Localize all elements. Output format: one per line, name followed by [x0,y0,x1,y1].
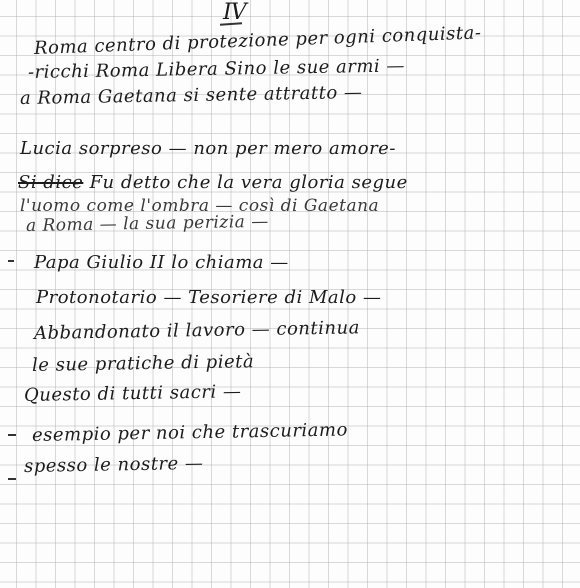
manuscript-line-10: Abbandonato il lavoro — continua [34,317,360,344]
margin-tick [8,260,14,262]
manuscript-line-14: spesso le nostre — [24,453,204,477]
line-text: Fu detto che la vera gloria segue [90,172,408,193]
margin-tick [8,434,16,436]
manuscript-line-4: Lucia sorpreso — non per mero amore- [20,138,396,159]
manuscript-line-2: -ricchi Roma Libera Sino le sue armi — [28,55,405,83]
line-text: Papa Giulio II lo chiama — [34,252,289,273]
line-text: Abbandonato il lavoro — continua [34,317,360,344]
manuscript-line-3: a Roma Gaetana si sente attratto — [20,82,363,109]
line-text: -ricchi Roma Libera Sino le sue armi — [28,55,405,83]
line-text: a Roma — la sua perizia — [26,212,269,236]
line-text: Roma centro di protezione per ogni conqu… [34,22,482,59]
manuscript-line-8: Papa Giulio II lo chiama — [34,252,289,273]
line-text: Questo di tutti sacri — [24,381,242,406]
page-number-underline [220,22,242,26]
graph-paper-page: IV Roma centro di protezione per ogni co… [0,0,580,588]
manuscript-line-5: Si dice Fu detto che la vera gloria segu… [18,172,408,193]
page-number: IV [223,0,246,25]
line-text: spesso le nostre — [24,453,204,477]
manuscript-line-9: Protonotario — Tesoriere di Malo — [36,287,381,308]
line-text: le sue pratiche di pietà [32,351,254,376]
manuscript-line-13: esempio per noi che trascuriamo [32,419,348,446]
line-text: esempio per noi che trascuriamo [32,419,348,446]
line-text: a Roma Gaetana si sente attratto — [20,82,363,109]
manuscript-line-7: a Roma — la sua perizia — [26,212,269,236]
margin-tick [8,478,16,480]
line-text: Protonotario — Tesoriere di Malo — [36,287,381,308]
struck-out-text: Si dice [18,172,83,193]
line-text: Lucia sorpreso — non per mero amore- [20,138,396,159]
manuscript-line-1: Roma centro di protezione per ogni conqu… [34,22,482,59]
manuscript-line-11: le sue pratiche di pietà [32,351,254,376]
manuscript-line-12: Questo di tutti sacri — [24,381,242,406]
